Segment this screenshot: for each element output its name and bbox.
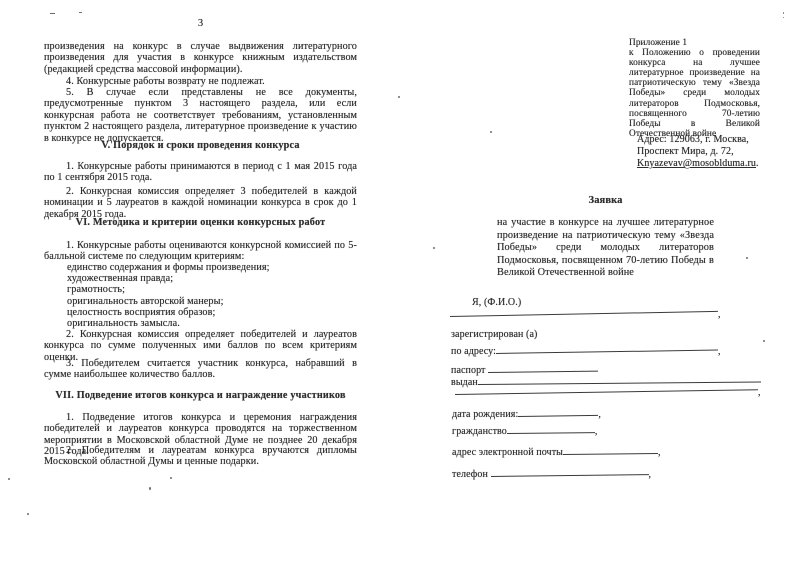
section-v-paragraph-2: 2. Конкурсная комиссия определяет 3 побе… [44,186,357,220]
section-vii-paragraph-2: 2. Победителям и лауреатам конкурса вруч… [44,445,357,468]
criteria-item: художественная правда; [67,273,357,284]
section-vi-paragraph-1: 1. Конкурсные работы оцениваются конкурс… [44,240,357,263]
application-body: на участие в конкурсе на лучшее литерату… [497,217,714,280]
scan-speckle [398,96,400,98]
paragraph-item-4: 4. Конкурсные работы возврату не подлежа… [44,76,357,87]
trailing-comma: , [718,309,721,320]
scan-speckle [79,12,82,13]
section-vii-heading: VII. Подведение итогов конкурса и награж… [44,390,357,401]
scan-speckle [50,13,55,14]
phone-field-row: телефон , [452,466,651,480]
scan-speckle [170,477,172,479]
address-email-line: Knyazevav@mosoblduma.ru. [637,158,759,170]
scanned-document: { "left_page": { "page_number": "3", "pa… [0,0,800,566]
email-text: Knyazevav@mosoblduma.ru [637,158,756,169]
scan-speckle [433,247,435,249]
criteria-item: единство содержания и формы произведения… [67,262,357,273]
birth-date-blank-line [518,405,598,417]
scan-speckle [783,12,784,14]
scan-speckle [746,257,748,259]
citizenship-field-row: гражданство, [452,423,598,437]
address-field-label: по адресу: [451,346,496,357]
address-line-1: Адрес: 129063, г. Москва, [637,134,759,146]
address-line-2: Проспект Мира, д. 72, [637,146,759,158]
annex-title: Приложение 1 [629,38,760,48]
email-blank-line [563,443,658,455]
trailing-comma: , [658,447,661,458]
issued-continuation-row: , [455,384,761,398]
address-block: Адрес: 129063, г. Москва, Проспект Мира,… [637,134,759,170]
criteria-item: грамотность; [67,284,357,295]
address-blank-line [496,340,718,354]
paragraph-continuation: произведения на конкурс в случае выдвиже… [44,41,357,75]
application-title: Заявка [497,195,714,206]
scan-speckle [27,513,29,515]
phone-blank-line [490,464,648,477]
email-field-row: адрес электронной почты, [452,444,661,458]
scan-speckle [8,478,10,480]
section-v-paragraph-1: 1. Конкурсные работы принимаются в перио… [44,161,357,184]
citizenship-blank-line [507,422,595,434]
citizenship-field-label: гражданство [452,426,507,437]
section-vi-paragraph-3: 3. Победителем считается участник конкур… [44,358,357,381]
section-v-heading: V. Порядок и сроки проведения конкурса [44,140,357,151]
address-field-row: по адресу:, [451,343,721,357]
scan-speckle [149,487,151,490]
email-field-label: адрес электронной почты [452,447,563,458]
annex-body: к Положению о проведении конкурса на луч… [629,48,760,139]
registered-label: зарегистрирован (а) [451,329,537,340]
fio-blank-row: , [450,306,721,320]
trailing-comma: , [758,387,761,398]
scan-speckle [783,17,784,18]
annex-block: Приложение 1 к Положению о проведении ко… [629,38,760,139]
birth-date-field-row: дата рождения:, [452,406,601,420]
trailing-comma: , [718,346,721,357]
criteria-list: единство содержания и формы произведения… [67,262,357,329]
criteria-item: целостность восприятия образов; [67,307,357,318]
birth-date-field-label: дата рождения: [452,409,518,420]
scan-speckle [763,340,765,342]
scan-speckle [490,131,492,133]
passport-blank-line [488,361,598,373]
section-vi-heading: VI. Методика и критерии оценки конкурсны… [44,217,357,228]
page-number: 3 [44,18,357,29]
phone-field-label: телефон [452,469,491,480]
paragraph-item-5: 5. В случае если представлены не все док… [44,87,357,144]
trailing-comma: , [595,426,598,437]
email-period: . [756,158,759,169]
trailing-comma: , [598,409,601,420]
criteria-item: оригинальность авторской манеры; [67,296,357,307]
criteria-item: оригинальность замысла. [67,318,357,329]
